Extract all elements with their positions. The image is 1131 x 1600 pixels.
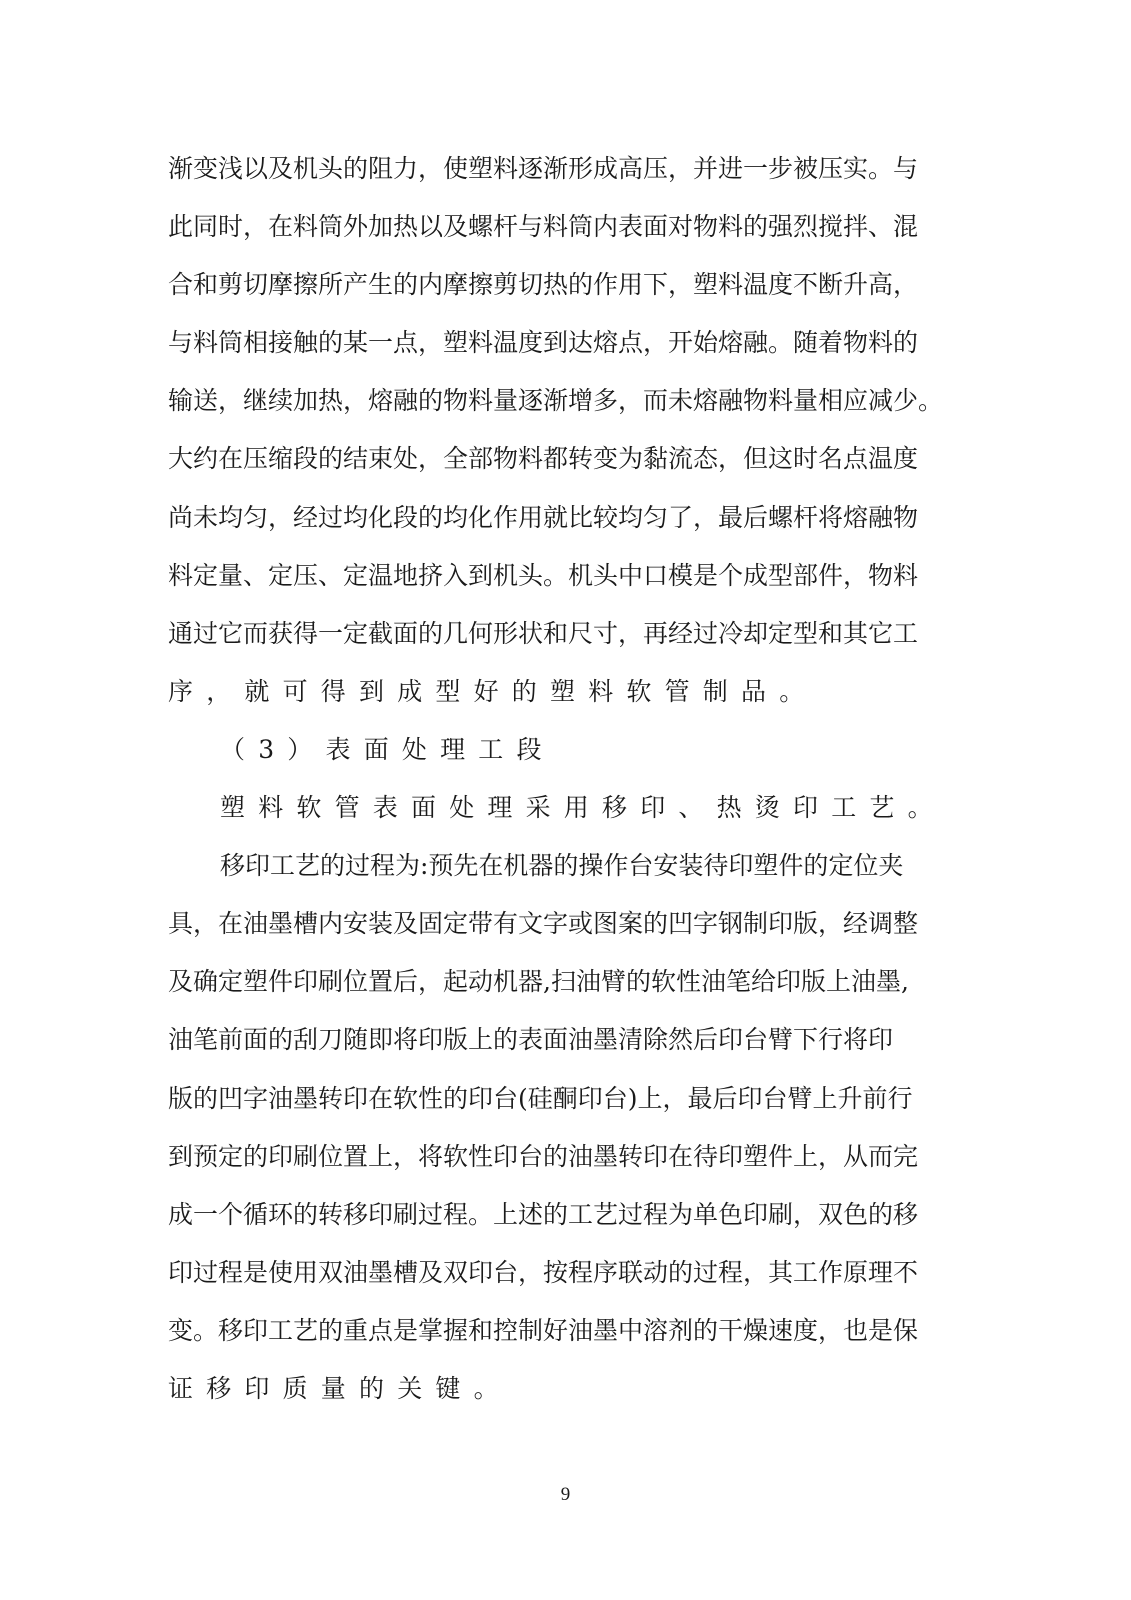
text-line: 大约在压缩段的结束处，全部物料都转变为黏流态，但这时名点温度 <box>168 430 943 488</box>
text-line: 成一个循环的转移印刷过程。上述的工艺过程为单色印刷，双色的移 <box>168 1186 943 1244</box>
text-line: 油笔前面的刮刀随即将印版上的表面油墨清除然后印台臂下行将印 <box>168 1011 943 1069</box>
text-line: 到预定的印刷位置上，将软性印台的油墨转印在待印塑件上，从而完 <box>168 1128 943 1186</box>
section-heading: （3）表面处理工段 <box>168 721 943 779</box>
text-line: 与料筒相接触的某一点，塑料温度到达熔点，开始熔融。随着物料的 <box>168 314 943 372</box>
text-line: 输送，继续加热，熔融的物料量逐渐增多，而未熔融物料量相应减少。 <box>168 372 943 430</box>
text-line: 此同时，在料筒外加热以及螺杆与料筒内表面对物料的强烈搅拌、混 <box>168 198 943 256</box>
document-page: 渐变浅以及机头的阻力，使塑料逐渐形成高压，并进一步被压实。与 此同时，在料筒外加… <box>0 0 1131 1600</box>
body-text: 渐变浅以及机头的阻力，使塑料逐渐形成高压，并进一步被压实。与 此同时，在料筒外加… <box>168 140 943 1418</box>
text-line: 版的凹字油墨转印在软性的印台(硅酮印台)上，最后印台臂上升前行 <box>168 1070 943 1128</box>
text-line: 料定量、定压、定温地挤入到机头。机头中口模是个成型部件，物料 <box>168 547 943 605</box>
text-line: 移印工艺的过程为:预先在机器的操作台安装待印塑件的定位夹 <box>168 837 943 895</box>
text-line: 具，在油墨槽内安装及固定带有文字或图案的凹字钢制印版，经调整 <box>168 895 943 953</box>
page-number: 9 <box>0 1484 1131 1506</box>
text-line: 尚未均匀，经过均化段的均化作用就比较均匀了，最后螺杆将熔融物 <box>168 489 943 547</box>
text-line: 通过它而获得一定截面的几何形状和尺寸，再经过冷却定型和其它工 <box>168 605 943 663</box>
text-line: 证移印质量的关键。 <box>168 1360 943 1418</box>
text-line: 序，就可得到成型好的塑料软管制品。 <box>168 663 943 721</box>
text-line: 变。移印工艺的重点是掌握和控制好油墨中溶剂的干燥速度，也是保 <box>168 1302 943 1360</box>
text-line: 塑料软管表面处理采用移印、热烫印工艺。 <box>168 779 943 837</box>
text-line: 合和剪切摩擦所产生的内摩擦剪切热的作用下，塑料温度不断升高， <box>168 256 943 314</box>
text-line: 印过程是使用双油墨槽及双印台，按程序联动的过程，其工作原理不 <box>168 1244 943 1302</box>
text-line: 渐变浅以及机头的阻力，使塑料逐渐形成高压，并进一步被压实。与 <box>168 140 943 198</box>
text-line: 及确定塑件印刷位置后，起动机器,扫油臂的软性油笔给印版上油墨, <box>168 953 943 1011</box>
